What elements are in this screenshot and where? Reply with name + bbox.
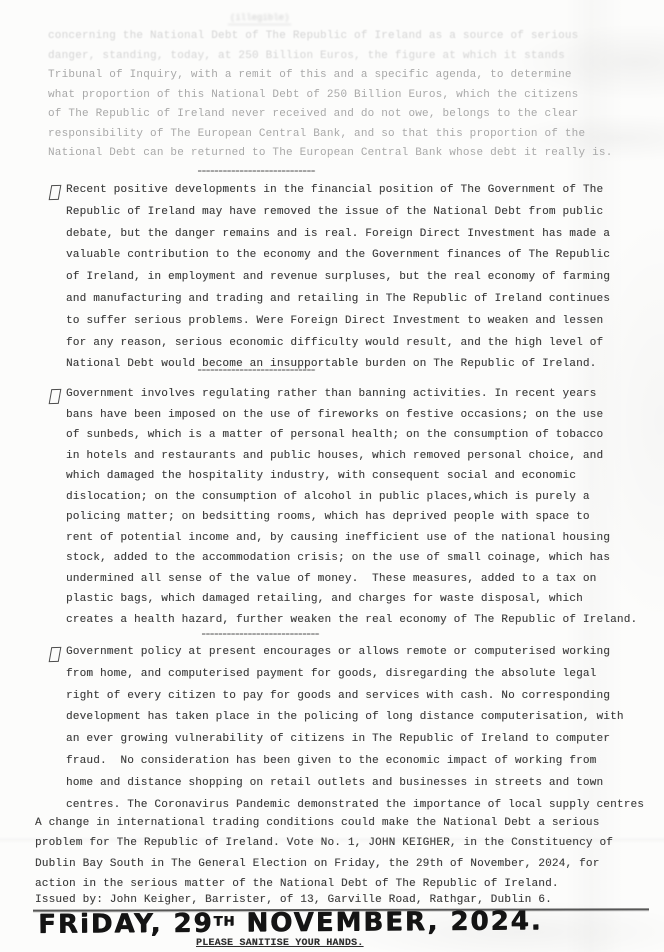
text-line: Government policy at present encourages … [66, 642, 644, 664]
text-line: Recent positive developments in the fina… [66, 180, 610, 202]
sanitise-hands-note: PLEASE SANITISE YOUR HANDS. [196, 938, 363, 949]
text-line: rent of potential income and, by causing… [66, 528, 637, 549]
text-line: of Ireland, in employment and revenue su… [66, 267, 610, 289]
text-line: development has taken place in the polic… [66, 707, 644, 729]
text-line: undermined all sense of the value of mon… [66, 569, 637, 590]
handwritten-date-month-year: NOVEMBER, 2024. [235, 906, 542, 938]
text-line: National Debt can be returned to The Eur… [48, 144, 613, 164]
handwritten-date-ordinal: TH [213, 914, 235, 929]
text-line: which damaged the hospitality industry, … [66, 466, 637, 487]
text-line: bans have been imposed on the use of fir… [66, 405, 637, 426]
text-line: in hotels and restaurants and public hou… [66, 446, 637, 467]
text-line: creates a health hazard, further weaken … [66, 610, 637, 631]
paragraph-national-debt-risk: Recent positive developments in the fina… [66, 180, 610, 376]
text-line: plastic bags, which damaged retailing, a… [66, 589, 637, 610]
text-line: policing matter; on bedsitting rooms, wh… [66, 507, 637, 528]
paragraph-government-bans: Government involves regulating rather th… [66, 384, 637, 630]
text-line: Government involves regulating rather th… [66, 384, 637, 405]
open-checkbox-icon [49, 647, 62, 662]
closing-vote-appeal: A change in international trading condit… [35, 813, 613, 895]
handwritten-date-day: FRiDAY, 29 [38, 909, 214, 940]
text-line: home and distance shopping on retail out… [66, 773, 644, 795]
text-line: debate, but the danger remains and is re… [66, 224, 610, 246]
text-line: danger, standing, today, at 250 Billion … [48, 47, 613, 67]
text-line: for any reason, serious economic difficu… [66, 333, 610, 355]
text-line: of The Republic of Ireland never receive… [48, 105, 613, 125]
text-line: from home, and computerised payment for … [66, 664, 644, 686]
text-line: problem for The Republic of Ireland. Vot… [35, 833, 613, 853]
text-line: and manufacturing and trading and retail… [66, 289, 610, 311]
paragraph-computerised-working: Government policy at present encourages … [66, 642, 644, 816]
text-line: action in the serious matter of the Nati… [35, 874, 613, 894]
text-line: Tribunal of Inquiry, with a remit of thi… [48, 66, 613, 86]
intro-paragraph-faded: concerning the National Debt of The Repu… [48, 27, 613, 164]
issued-by-line: Issued by: John Keigher, Barrister, of 1… [35, 894, 552, 906]
text-line: fraud. No consideration has been given t… [66, 751, 644, 773]
text-line: dislocation; on the consumption of alcoh… [66, 487, 637, 508]
text-line: right of every citizen to pay for goods … [66, 686, 644, 708]
text-line: Republic of Ireland may have removed the… [66, 202, 610, 224]
open-checkbox-icon [49, 389, 62, 404]
text-line: stock, added to the accommodation crisis… [66, 548, 637, 569]
text-line: National Debt would become an insupporta… [66, 354, 610, 376]
dashed-separator: ---------------------------- [196, 363, 314, 377]
handwritten-date: FRiDAY, 29TH NOVEMBER, 2024. [38, 906, 543, 939]
scanned-election-leaflet-page: (illegible) concerning the National Debt… [0, 0, 664, 952]
open-checkbox-icon [49, 185, 62, 200]
faded-page-heading: (illegible) [228, 13, 291, 25]
text-line: an ever growing vulnerability of citizen… [66, 729, 644, 751]
text-line: A change in international trading condit… [35, 813, 613, 833]
text-line: valuable contribution to the economy and… [66, 245, 610, 267]
text-line: to suffer serious problems. Were Foreign… [66, 311, 610, 333]
text-line: what proportion of this National Debt of… [48, 86, 613, 106]
text-line: Dublin Bay South in The General Election… [35, 854, 613, 874]
dashed-separator: ---------------------------- [196, 164, 314, 178]
text-line: responsibility of The European Central B… [48, 125, 613, 145]
text-line: of sunbeds, which is a matter of persona… [66, 425, 637, 446]
dashed-separator: ---------------------------- [200, 627, 318, 641]
text-line: concerning the National Debt of The Repu… [48, 27, 613, 47]
